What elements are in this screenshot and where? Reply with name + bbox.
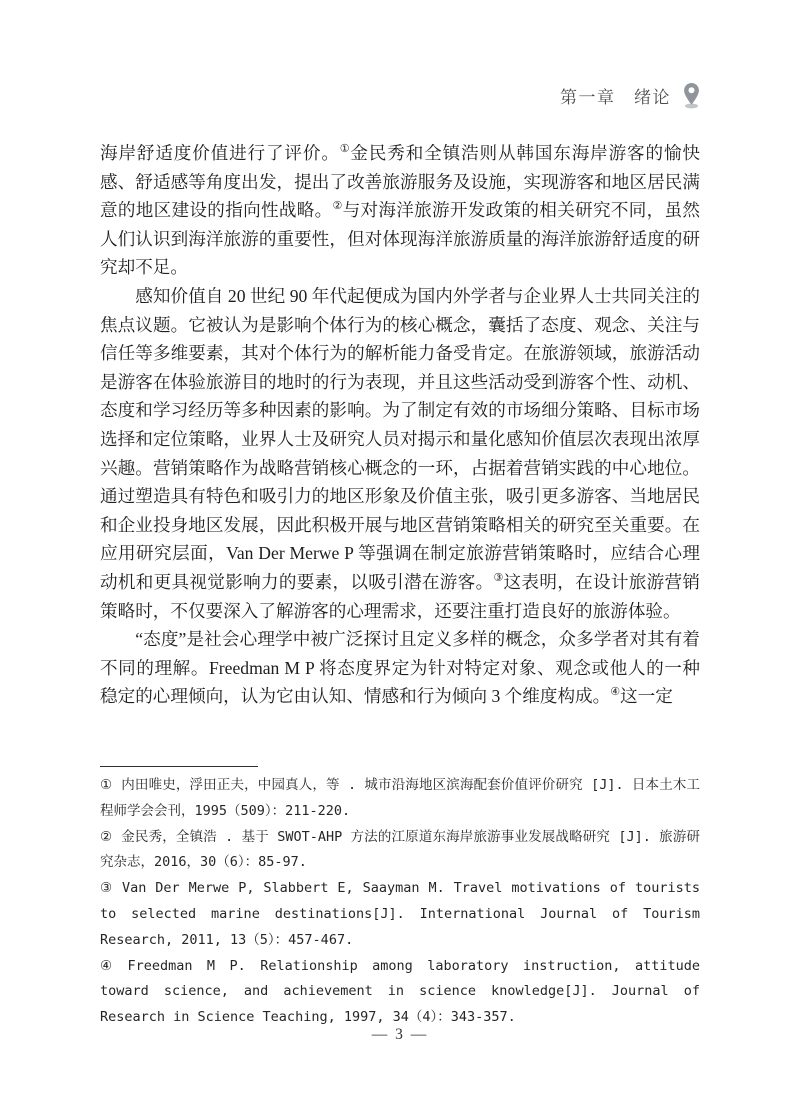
body-text: 海岸舒适度价值进行了评价。①金民秀和全镇浩则从韩国东海岸游客的愉快感、舒适感等角… — [100, 139, 700, 711]
footnote-ref-4: ④ — [610, 686, 620, 698]
paragraph-text: 这一定 — [620, 686, 673, 706]
paragraph-2: 感知价值自 20 世纪 90 年代起便成为国内外学者与企业界人士共同关注的焦点议… — [100, 282, 700, 625]
footnote-1: ①内田唯史，浮田正夫，中园真人，等 . 城市沿海地区滨海配套价值评价研究 [J]… — [100, 773, 700, 825]
paragraph-text: 感知价值自 20 世纪 90 年代起便成为国内外学者与企业界人士共同关注的焦点议… — [100, 286, 700, 592]
footnote-separator — [100, 766, 258, 767]
page-footer: — 3 — — [100, 1026, 700, 1044]
footnote-text-1: 内田唯史，浮田正夫，中园真人，等 . 城市沿海地区滨海配套价值评价研究 [J].… — [100, 777, 700, 819]
footnote-ref-3: ③ — [493, 572, 503, 584]
chapter-header-title: 第一章 绪论 — [560, 83, 671, 108]
document-page: 第一章 绪论 海岸舒适度价值进行了评价。①金民秀和全镇浩则从韩国东海岸游客的愉快… — [0, 0, 799, 1118]
footnote-2: ②金民秀，全镇浩 . 基于 SWOT-AHP 方法的江原道东海岸旅游事业发展战略… — [100, 825, 700, 877]
footnote-ref-2: ② — [333, 200, 343, 212]
footnote-marker-2: ② — [100, 829, 112, 845]
footnote-marker-1: ① — [100, 777, 112, 793]
footnote-4: ④Freedman M P. Relationship among labora… — [100, 954, 700, 1031]
paragraph-1: 海岸舒适度价值进行了评价。①金民秀和全镇浩则从韩国东海岸游客的愉快感、舒适感等角… — [100, 139, 700, 282]
footnotes-section: ①内田唯史，浮田正夫，中园真人，等 . 城市沿海地区滨海配套价值评价研究 [J]… — [100, 766, 700, 1031]
footnote-3: ③Van Der Merwe P, Slabbert E, Saayman M.… — [100, 876, 700, 953]
page-header: 第一章 绪论 — [100, 82, 700, 109]
footnote-text-3: Van Der Merwe P, Slabbert E, Saayman M. … — [100, 880, 700, 948]
location-pin-icon — [683, 82, 700, 109]
footnote-marker-3: ③ — [100, 880, 113, 896]
footnote-text-2: 金民秀，全镇浩 . 基于 SWOT-AHP 方法的江原道东海岸旅游事业发展战略研… — [100, 829, 700, 871]
page-number: — 3 — — [372, 1026, 429, 1043]
paragraph-text: 海岸舒适度价值进行了评价。 — [100, 143, 340, 163]
footnote-text-4: Freedman M P. Relationship among laborat… — [100, 958, 700, 1026]
paragraph-3: “态度”是社会心理学中被广泛探讨且定义多样的概念，众多学者对其有着不同的理解。F… — [100, 625, 700, 711]
footnote-ref-1: ① — [340, 143, 351, 155]
footnote-marker-4: ④ — [100, 958, 118, 974]
